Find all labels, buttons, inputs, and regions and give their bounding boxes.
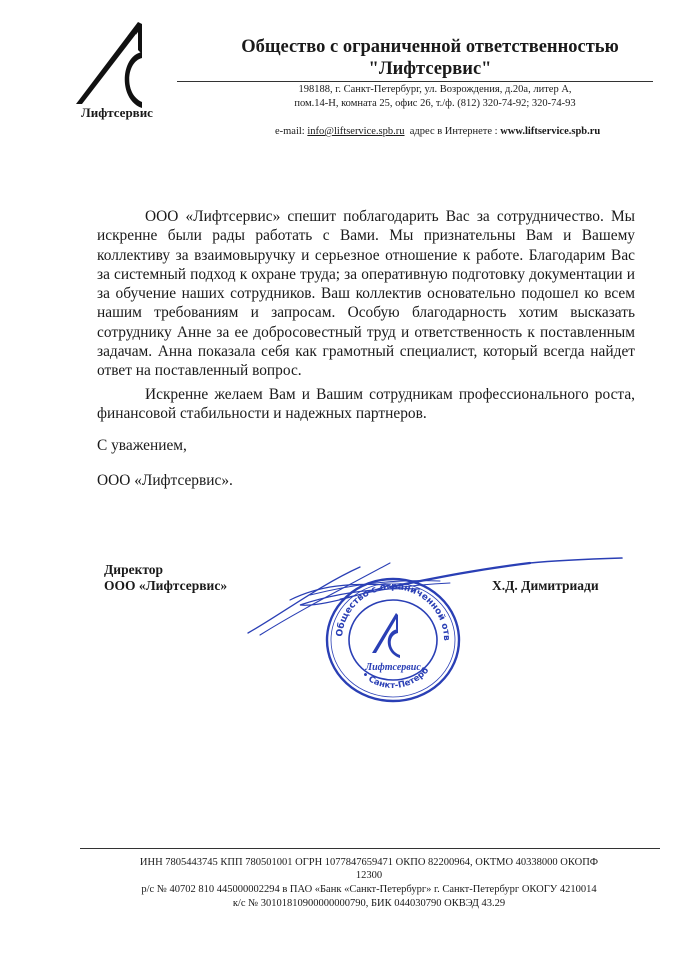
closing-company: ООО «Лифтсервис». xyxy=(97,472,233,490)
requisites-line: 12300 xyxy=(60,869,678,883)
letter-paragraph: ООО «Лифтсервис» спешит поблагодарить Ва… xyxy=(97,207,635,381)
website-link[interactable]: www.liftservice.spb.ru xyxy=(500,126,600,137)
address-line: 198188, г. Санкт-Петербург, ул. Возрожде… xyxy=(200,83,670,97)
contact-line: e-mail: info@liftservice.spb.ru адрес в … xyxy=(200,111,670,139)
header-divider xyxy=(177,81,653,82)
requisites-line: ИНН 7805443745 КПП 780501001 ОГРН 107784… xyxy=(60,856,678,870)
footer-divider xyxy=(80,848,660,849)
bank-account-line: р/с № 40702 810 445000002294 в ПАО «Банк… xyxy=(60,883,678,897)
signatory-company: ООО «Лифтсервис» xyxy=(104,578,227,594)
address-line: пом.14-Н, комната 25, офис 26, т./ф. (81… xyxy=(200,97,670,111)
company-logo-icon xyxy=(72,20,152,108)
email-label: e-mail: xyxy=(275,126,307,137)
handwritten-signature-icon xyxy=(240,555,640,645)
paragraph-text: Искренне желаем Вам и Вашим сотрудникам … xyxy=(97,385,635,424)
organization-title: Общество с ограниченной ответственностью xyxy=(200,36,660,58)
email-link[interactable]: info@liftservice.spb.ru xyxy=(307,126,404,137)
letter-paragraph: Искренне желаем Вам и Вашим сотрудникам … xyxy=(97,385,635,424)
closing-salutation: С уважением, xyxy=(97,437,187,455)
logo-caption: Лифтсервис xyxy=(62,105,172,121)
paragraph-text: ООО «Лифтсервис» спешит поблагодарить Ва… xyxy=(97,207,635,381)
svg-text:Лифтсервис: Лифтсервис xyxy=(364,662,421,673)
signatory-title: Директор xyxy=(104,562,163,578)
organization-name: "Лифтсервис" xyxy=(200,58,660,80)
correspondent-account-line: к/с № 30101810900000000790, БИК 04403079… xyxy=(60,897,678,911)
website-label: адрес в Интернете : xyxy=(405,126,501,137)
